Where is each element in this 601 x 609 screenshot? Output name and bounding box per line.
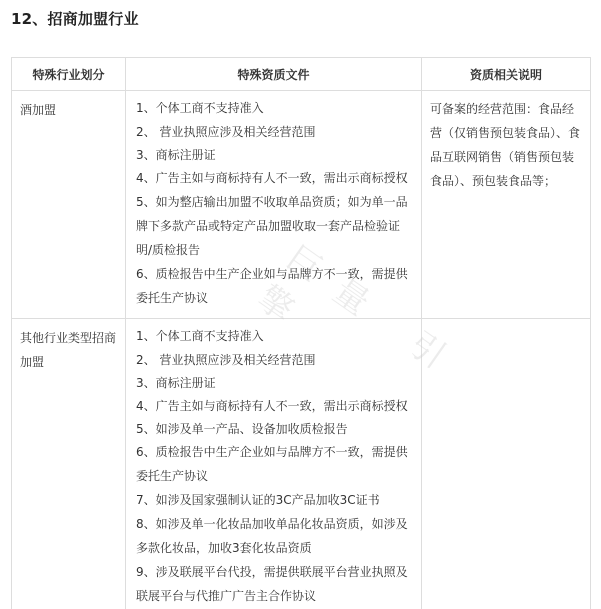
document-item: 3、商标注册证 — [136, 145, 411, 165]
table-header-row: 特殊行业划分 特殊资质文件 资质相关说明 — [12, 58, 591, 91]
document-item: 7、如涉及国家强制认证的3C产品加收3C证书 — [136, 488, 411, 512]
document-item: 1、个体工商不支持准入 — [136, 96, 411, 120]
note-cell — [422, 319, 591, 609]
documents-cell: 1、个体工商不支持准入 2、 营业执照应涉及相关经营范围 3、商标注册证 4、广… — [126, 91, 422, 319]
document-item: 2、 营业执照应涉及相关经营范围 — [136, 348, 411, 372]
document-item: 6、质检报告中生产企业如与品牌方不一致，需提供委托生产协议 — [136, 262, 411, 310]
document-item: 5、如涉及单一产品、设备加收质检报告 — [136, 419, 411, 439]
table-row: 酒加盟 1、个体工商不支持准入 2、 营业执照应涉及相关经营范围 3、商标注册证… — [12, 91, 591, 319]
document-item: 2、 营业执照应涉及相关经营范围 — [136, 120, 411, 144]
qualification-table: 特殊行业划分 特殊资质文件 资质相关说明 酒加盟 1、个体工商不支持准入 2、 … — [11, 57, 591, 609]
document-item: 5、如为整店输出加盟不收取单品资质；如为单一品牌下多款产品或特定产品加盟收取一套… — [136, 190, 411, 262]
document-item: 1、个体工商不支持准入 — [136, 324, 411, 348]
documents-cell: 1、个体工商不支持准入 2、 营业执照应涉及相关经营范围 3、商标注册证 4、广… — [126, 319, 422, 609]
section-title: 12、招商加盟行业 — [11, 8, 139, 29]
document-item: 3、商标注册证 — [136, 373, 411, 393]
note-cell: 可备案的经营范围：食品经营（仅销售预包装食品）、食品互联网销售（销售预包装食品）… — [422, 91, 591, 319]
header-special-documents: 特殊资质文件 — [126, 58, 422, 91]
header-industry-category: 特殊行业划分 — [12, 58, 126, 91]
document-item: 4、广告主如与商标持有人不一致，需出示商标授权 — [136, 166, 411, 190]
header-qualification-notes: 资质相关说明 — [422, 58, 591, 91]
document-item: 4、广告主如与商标持有人不一致，需出示商标授权 — [136, 394, 411, 418]
document-item: 9、涉及联展平台代投，需提供联展平台营业执照及联展平台与代推广广告主合作协议 — [136, 560, 411, 608]
document-item: 8、如涉及单一化妆品加收单品化妆品资质，如涉及多款化妆品，加收3套化妆品资质 — [136, 512, 411, 560]
category-cell: 酒加盟 — [12, 91, 126, 319]
table-row: 其他行业类型招商加盟 1、个体工商不支持准入 2、 营业执照应涉及相关经营范围 … — [12, 319, 591, 609]
category-cell: 其他行业类型招商加盟 — [12, 319, 126, 609]
document-item: 6、质检报告中生产企业如与品牌方不一致，需提供委托生产协议 — [136, 440, 411, 488]
